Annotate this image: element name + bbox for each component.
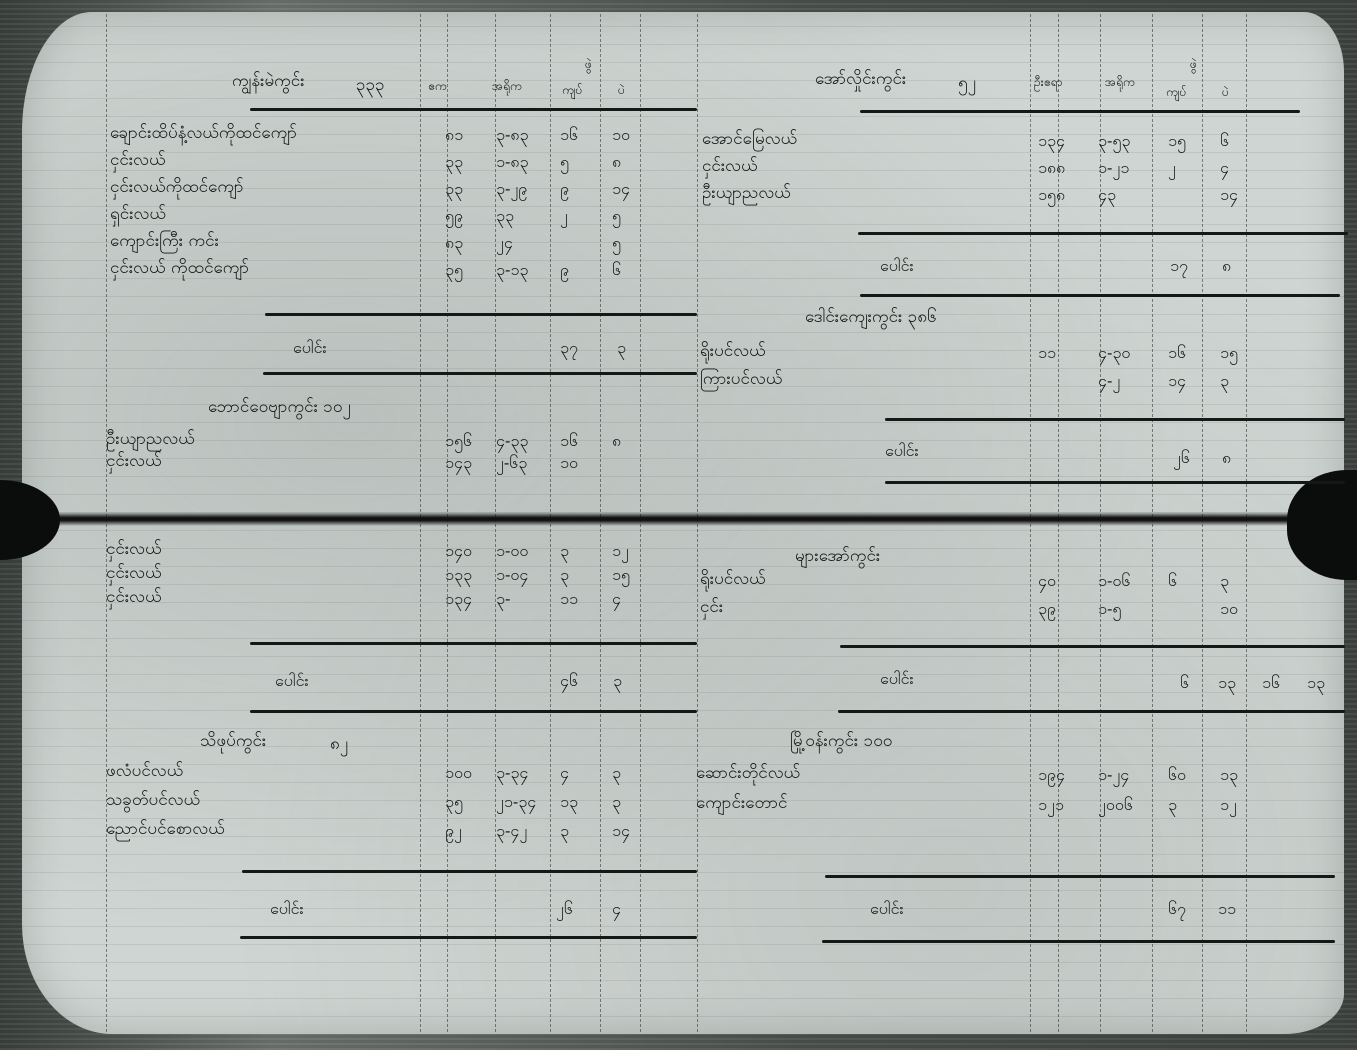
ledger-cell-c: ၆ bbox=[1168, 570, 1177, 594]
ledger-cell-c: ၃ bbox=[560, 540, 569, 564]
ledger-cell-a: ၁၄၃ bbox=[445, 452, 472, 476]
total-rule bbox=[885, 481, 1345, 484]
ledger-row-name: ငှင်းလယ် bbox=[106, 450, 162, 475]
ledger-cell-b: ၁-၈၃ bbox=[496, 151, 529, 175]
ledger-cell-c: ၂ bbox=[1168, 157, 1176, 181]
ledger-cell-a: ၃၃ bbox=[445, 178, 463, 202]
ledger-cell-a: ၉၂ bbox=[445, 820, 462, 844]
ledger-row-name: ငှင်းလယ်ကိုထင်ကျော် bbox=[110, 176, 244, 201]
left-header-col-c-top: ဖွဲ bbox=[585, 56, 592, 74]
right-s0-total-d: ၈ bbox=[1222, 255, 1231, 279]
ledger-cell-a: ၈၃ bbox=[445, 232, 463, 256]
ledger-cell-c: ၁၆ bbox=[560, 124, 578, 148]
ledger-cell-a: ၁၃၄ bbox=[1038, 130, 1065, 154]
ledger-cell-d: ၁၂ bbox=[612, 540, 629, 564]
ledger-cell-b: ၃-၁၃ bbox=[496, 259, 528, 283]
ledger-cell-c: ၂ bbox=[560, 205, 568, 229]
left-header-col-b: အရိုက bbox=[492, 78, 522, 96]
ledger-cell-c: ၉ bbox=[560, 178, 569, 202]
ledger-cell-b: ၂-၆၃ bbox=[496, 452, 527, 476]
header-rule bbox=[860, 110, 1300, 113]
ledger-cell-b: ၁-၀၆ bbox=[1098, 570, 1130, 594]
left-s1-title: ဘောင်ဝေဗျာကွင်း ၁၀၂ bbox=[208, 396, 351, 421]
ledger-cell-d: ၃ bbox=[1220, 370, 1229, 394]
left-s3-title: သိဖုပ်ကွင်း bbox=[200, 730, 266, 755]
ledger-cell-d: ၈ bbox=[612, 430, 621, 454]
ledger-cell-c: ၄ bbox=[560, 762, 569, 786]
ledger-row-name: ရိုးပင်လယ် bbox=[700, 340, 766, 365]
ledger-cell-c: ၉ bbox=[560, 259, 569, 283]
ledger-cell-d: ၁၃ bbox=[1220, 764, 1238, 788]
ledger-row-name: ညောင်ပင်စောလယ် bbox=[106, 818, 225, 843]
header-rule bbox=[250, 108, 697, 111]
ledger-cell-a: ၁၈၈ bbox=[1038, 157, 1065, 181]
ledger-cell-c: ၁၁ bbox=[560, 588, 578, 612]
ledger-cell-b: ၄-၃၀ bbox=[1098, 342, 1130, 366]
ledger-cell-b: ၄၃ bbox=[1098, 184, 1116, 208]
left-header-col-d: ပဲ bbox=[618, 82, 625, 100]
ledger-cell-d: ၁၄ bbox=[1220, 184, 1238, 208]
left-header-col-a: ဧက bbox=[428, 78, 447, 96]
ledger-cell-a: ၁၄၀ bbox=[445, 540, 472, 564]
ledger-cell-a: ၁၂၁ bbox=[1038, 794, 1064, 818]
ledger-cell-a: ၁၉၄ bbox=[1038, 764, 1065, 788]
ledger-cell-a: ၈၁ bbox=[445, 124, 463, 148]
right-s3-total-c: ၆၇ bbox=[1168, 898, 1186, 922]
ledger-row-name: သခွတ်ပင်လယ် bbox=[106, 789, 200, 814]
total-rule bbox=[265, 313, 697, 316]
right-s3-total-label: ပေါင်း bbox=[870, 898, 904, 922]
left-s0-total-label: ပေါင်း bbox=[293, 337, 327, 361]
total-rule bbox=[840, 645, 1345, 648]
ledger-cell-d: ၁၄ bbox=[612, 820, 630, 844]
right-s1-total-label: ပေါင်း bbox=[885, 440, 919, 464]
right-s0-total-c: ၁၇ bbox=[1170, 255, 1188, 279]
ledger-cell-b: ၃-၈၃ bbox=[496, 124, 529, 148]
ledger-cell-b: ၁-၂၁ bbox=[1098, 157, 1129, 181]
ledger-cell-c: ၁၃ bbox=[560, 791, 578, 815]
ledger-cell-b: ၄-၂ bbox=[1098, 370, 1120, 394]
ledger-cell-b: ၁-၀၀ bbox=[496, 540, 528, 564]
ledger-cell-b: ၁-၂၄ bbox=[1098, 764, 1129, 788]
ledger-cell-d: ၃ bbox=[1220, 570, 1229, 594]
total-rule bbox=[250, 642, 697, 645]
right-s2-grand-c: ၁၆ bbox=[1262, 672, 1280, 696]
ledger-row-name: ငှင်းလယ် bbox=[110, 149, 166, 174]
total-rule bbox=[825, 875, 1335, 878]
ledger-row-name: ရိုးပင်လယ် bbox=[700, 568, 766, 593]
ledger-cell-d: ၆ bbox=[612, 259, 621, 283]
total-rule bbox=[240, 936, 697, 939]
total-rule bbox=[885, 418, 1345, 421]
total-rule bbox=[263, 372, 697, 375]
ledger-cell-a: ၁၁ bbox=[1038, 342, 1056, 366]
left-header-number: ၃၃၃ bbox=[356, 74, 385, 99]
right-s2-title: များအော်ကွင်း bbox=[795, 545, 880, 570]
ledger-row-name: ငှင်းလယ် bbox=[106, 562, 162, 587]
right-header-number: ၅၂ bbox=[958, 72, 976, 97]
ledger-cell-d: ၁၂ bbox=[1220, 794, 1237, 818]
ledger-cell-d: ၁၀ bbox=[612, 124, 630, 148]
right-header-col-d: ပဲ bbox=[1222, 84, 1229, 102]
right-s2-total-label: ပေါင်း bbox=[880, 668, 914, 692]
ledger-cell-d: ၁၅ bbox=[612, 564, 630, 588]
ledger-cell-c: ၃ bbox=[560, 564, 569, 588]
ledger-cell-d: ၅ bbox=[612, 232, 621, 256]
ledger-cell-d: ၁၀ bbox=[1220, 598, 1238, 622]
left-s0-total-d: ၃ bbox=[617, 337, 626, 361]
ledger-row-name: ငှင်းလယ် bbox=[106, 586, 162, 611]
right-header-title: အော်လှိုင်းကွင်း bbox=[815, 68, 906, 93]
ledger-cell-a: ၅၉ bbox=[445, 205, 463, 229]
ledger-cell-c: ၅ bbox=[560, 151, 569, 175]
ledger-cell-b: ၂၄ bbox=[496, 232, 513, 256]
ledger-cell-a: ၁၅၈ bbox=[1038, 184, 1065, 208]
ledger-row-name: ကျောင်းတောင် bbox=[696, 792, 788, 817]
ledger-cell-b: ၃-၂၉ bbox=[496, 178, 527, 202]
right-s1-total-c: ၂၆ bbox=[1173, 447, 1190, 471]
ledger-cell-a: ၃၃ bbox=[445, 151, 463, 175]
ledger-cell-a: ၃၅ bbox=[445, 259, 463, 283]
ledger-cell-b: ၄-၃၃ bbox=[496, 430, 528, 454]
right-s3-title: မြို့ဝန်းကွင်း ၁၀၀ bbox=[790, 730, 892, 755]
ledger-cell-b: ၃-၅၃ bbox=[1098, 130, 1130, 154]
ledger-cell-a: ၁၅၆ bbox=[445, 430, 472, 454]
right-s0-total-label: ပေါင်း bbox=[880, 255, 914, 279]
ledger-row-name: ဦးယျာညလယ် bbox=[702, 182, 791, 207]
ledger-cell-d: ၄ bbox=[1220, 157, 1229, 181]
right-s2-total-d: ၁၃ bbox=[1218, 672, 1236, 696]
left-s2-total-c: ၄၆ bbox=[560, 670, 578, 694]
left-s3-total-label: ပေါင်း bbox=[270, 898, 304, 922]
ledger-cell-b: ၁-၀၄ bbox=[496, 564, 528, 588]
ledger-cell-b: ၃-၃၄ bbox=[496, 762, 528, 786]
right-s1-title: ဒေါင်းကျေးကွင်း ၃၈၆ bbox=[805, 306, 937, 331]
right-header-col-b: အရိုက bbox=[1105, 74, 1135, 92]
ledger-cell-c: ၃ bbox=[1168, 794, 1177, 818]
ledger-cell-b: ၃- bbox=[496, 588, 510, 612]
total-rule bbox=[860, 294, 1340, 297]
right-header-col-a: ဦးဧရာ bbox=[1034, 74, 1062, 92]
ledger-row-name: ဖလံပင်လယ် bbox=[106, 760, 183, 785]
ledger-cell-d: ၃ bbox=[612, 762, 621, 786]
total-rule bbox=[858, 232, 1348, 235]
left-s2-total-label: ပေါင်း bbox=[275, 670, 309, 694]
left-s3-total-d: ၄ bbox=[612, 898, 621, 922]
ledger-cell-d: ၃ bbox=[612, 791, 621, 815]
ledger-cell-b: ၃၃ bbox=[496, 205, 514, 229]
total-rule bbox=[242, 870, 697, 873]
ledger-cell-d: ၅ bbox=[612, 205, 621, 229]
ledger-cell-d: ၁၅ bbox=[1220, 342, 1238, 366]
left-s0-total-c: ၃၇ bbox=[560, 337, 578, 361]
right-s3-total-d: ၁၁ bbox=[1218, 898, 1236, 922]
ledger-cell-c: ၁၀ bbox=[560, 452, 578, 476]
ledger-cell-b: ၂၀၀၆ bbox=[1098, 794, 1133, 818]
ledger-cell-a: ၃၉ bbox=[1038, 598, 1056, 622]
page-fold bbox=[0, 512, 1357, 526]
right-s2-grand-d: ၁၃ bbox=[1307, 672, 1325, 696]
left-s2-total-d: ၃ bbox=[613, 670, 622, 694]
ledger-row-name: အောင်မြေလယ် bbox=[702, 128, 797, 153]
total-rule bbox=[838, 710, 1345, 713]
ledger-cell-c: ၆၀ bbox=[1168, 764, 1186, 788]
ledger-cell-a: ၁၃၄ bbox=[445, 588, 472, 612]
ledger-cell-d: ၄ bbox=[612, 588, 621, 612]
right-s1-total-d: ၈ bbox=[1222, 447, 1231, 471]
ledger-cell-c: ၁၅ bbox=[1168, 130, 1186, 154]
right-s2-total-c: ၆ bbox=[1180, 672, 1189, 696]
total-rule bbox=[250, 710, 697, 713]
ledger-row-name: ချောင်းထိပ်နံ့လယ်ကိုထင်ကျော် bbox=[110, 122, 297, 147]
ledger-cell-a: ၁၀၀ bbox=[445, 762, 472, 786]
right-header-col-c-top: ဖွဲ bbox=[1190, 56, 1197, 74]
ledger-row-name: ငှင်းလယ် ကိုထင်ကျော် bbox=[110, 257, 249, 282]
ledger-cell-c: ၁၄ bbox=[1168, 370, 1186, 394]
ledger-row-name: ငှင်း bbox=[700, 596, 723, 621]
ledger-cell-b: ၃-၄၂ bbox=[496, 820, 527, 844]
ledger-cell-a: ၁၃၃ bbox=[445, 564, 472, 588]
ledger-row-name: ကြားပင်လယ် bbox=[700, 368, 782, 393]
left-header-title: ကျွန်းမဲကွင်း bbox=[232, 70, 305, 95]
left-s3-title-number: ၈၂ bbox=[330, 733, 348, 758]
ledger-cell-a: ၄၀ bbox=[1038, 570, 1056, 594]
left-header-col-c: ကျပ် bbox=[562, 82, 582, 100]
right-header-col-c: ကျပ် bbox=[1166, 84, 1186, 102]
ledger-cell-d: ၁၄ bbox=[612, 178, 630, 202]
ledger-cell-d: ၆ bbox=[1220, 130, 1229, 154]
ledger-cell-a: ၃၅ bbox=[445, 791, 463, 815]
left-s3-total-c: ၂၆ bbox=[556, 898, 573, 922]
ledger-row-name: ငှင်းလယ် bbox=[106, 538, 162, 563]
ledger-row-name: ဆောင်းတိုင်လယ် bbox=[696, 762, 800, 787]
ledger-cell-d: ၈ bbox=[612, 151, 621, 175]
ledger-row-name: ငှင်းလယ် bbox=[702, 155, 758, 180]
total-rule bbox=[822, 940, 1335, 943]
ledger-cell-c: ၁၆ bbox=[1168, 342, 1186, 366]
ledger-cell-c: ၃ bbox=[560, 820, 569, 844]
ledger-cell-b: ၁-၅ bbox=[1098, 598, 1121, 622]
ledger-row-name: ရှင်းလယ် bbox=[110, 203, 166, 228]
ledger-cell-b: ၂၁-၃၄ bbox=[496, 791, 536, 815]
ledger-row-name: ကျောင်းကြီး ကင်း bbox=[110, 230, 219, 255]
ledger-cell-c: ၁၆ bbox=[560, 430, 578, 454]
